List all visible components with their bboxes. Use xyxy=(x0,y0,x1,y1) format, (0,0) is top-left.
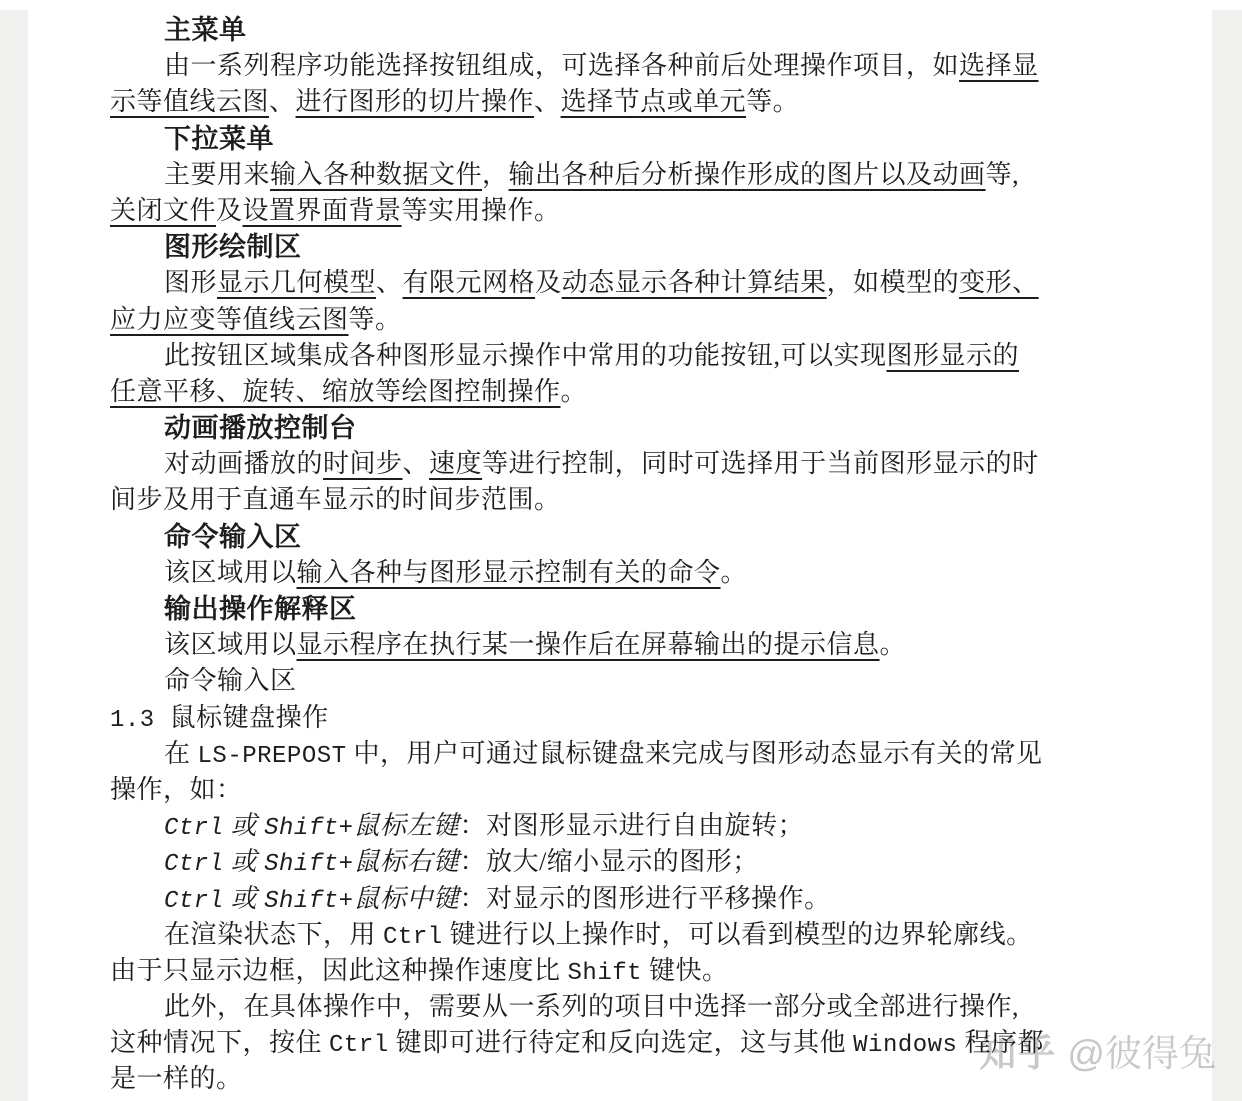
text-line: 在渲染状态下，用 Ctrl 键进行以上操作时，可以看到模型的边界轮廓线。 xyxy=(110,917,1120,953)
text-line: 此按钮区域集成各种图形显示操作中常用的功能按钮,可以实现图形显示的 xyxy=(110,338,1120,374)
text-line: 这种情况下，按住 Ctrl 键即可进行待定和反向选定，这与其他 Windows … xyxy=(110,1025,1120,1061)
text-segment: ：对图形显示进行自由旋转； xyxy=(460,811,805,840)
text-line: 下拉菜单 xyxy=(110,121,1120,157)
text-segment: 键进行以上操作时，可以看到模型的边界轮廓线。 xyxy=(443,920,1033,949)
text-segment: Shift xyxy=(568,960,643,987)
underlined-term: 选择显 xyxy=(959,51,1039,80)
text-segment: 等, xyxy=(986,160,1020,189)
text-line: 在 LS-PREPOST 中，用户可通过鼠标键盘来完成与图形动态显示有关的常见 xyxy=(110,736,1120,772)
watermark-brand: 知乎 xyxy=(979,1033,1057,1074)
text-line: 该区域用以显示程序在执行某一操作后在屏幕输出的提示信息。 xyxy=(110,627,1120,663)
heading-text: 动画播放控制台 xyxy=(164,413,357,443)
underlined-term: 应力应变等值线云图 xyxy=(110,305,349,334)
underlined-term: 设置界面背景 xyxy=(243,196,402,225)
text-segment: ：对显示的图形进行平移操作。 xyxy=(460,884,831,913)
underlined-term: 动态显示各种计算结果 xyxy=(562,268,827,297)
text-line: 命令输入区 xyxy=(110,663,1120,699)
underlined-term: 显示几何模型 xyxy=(217,268,376,297)
text-segment: 等实用操作。 xyxy=(402,196,561,225)
underlined-term: 变形、 xyxy=(959,268,1039,297)
text-segment: 主要用来 xyxy=(164,160,270,189)
text-segment: ，如模型的 xyxy=(827,268,960,297)
text-segment: ：放大/缩小显示的图形； xyxy=(460,847,759,876)
text-line: 对动画播放的时间步、速度等进行控制，同时可选择用于当前图形显示的时 xyxy=(110,446,1120,482)
text-segment: 这种情况下，按住 xyxy=(110,1028,329,1057)
watermark: 知乎 @彼得兔 xyxy=(979,1032,1216,1076)
text-segment: 此按钮区域集成各种图形显示操作中常用的功能按钮,可以实现 xyxy=(164,341,887,370)
text-line: Ctrl 或 Shift+鼠标右键：放大/缩小显示的图形； xyxy=(110,844,1120,880)
text-line: 操作，如： xyxy=(110,772,1120,808)
text-segment: 鼠标右键 xyxy=(354,847,460,876)
text-line: 主要用来输入各种数据文件，输出各种后分析操作形成的图片以及动画等, xyxy=(110,157,1120,193)
heading-text: 输出操作解释区 xyxy=(164,594,357,624)
underlined-term: 示等值线云图 xyxy=(110,87,269,116)
text-line: 图形绘制区 xyxy=(110,229,1120,265)
text-line: 任意平移、旋转、缩放等绘图控制操作。 xyxy=(110,374,1120,410)
text-line: 是一样的。 xyxy=(110,1061,1120,1097)
text-line: 主菜单 xyxy=(110,12,1120,48)
text-line: 图形显示几何模型、有限元网格及动态显示各种计算结果，如模型的变形、 xyxy=(110,265,1120,301)
watermark-handle: @彼得兔 xyxy=(1057,1033,1216,1074)
text-segment: Ctrl xyxy=(383,924,443,951)
text-segment: 。 xyxy=(721,558,748,587)
document-body: 主菜单由一系列程序功能选择按钮组成，可选择各种前后处理操作项目，如选择显示等值线… xyxy=(110,12,1120,1098)
text-line: 该区域用以输入各种与图形显示控制有关的命令。 xyxy=(110,555,1120,591)
text-segment: Ctrl xyxy=(164,851,224,878)
text-segment: Ctrl xyxy=(329,1032,389,1059)
text-segment: 操作，如： xyxy=(110,775,243,804)
text-segment: 。 xyxy=(880,630,907,659)
text-segment: 鼠标中键 xyxy=(354,884,460,913)
text-segment: 等进行控制，同时可选择用于当前图形显示的时 xyxy=(482,449,1039,478)
heading-text: 图形绘制区 xyxy=(164,232,302,262)
text-segment: Windows xyxy=(853,1032,957,1059)
text-segment: 、 xyxy=(269,87,296,116)
text-segment: 鼠标左键 xyxy=(354,811,460,840)
text-segment: 键快。 xyxy=(642,956,729,985)
text-segment: 由一系列程序功能选择按钮组成，可选择各种前后处理操作项目，如 xyxy=(164,51,959,80)
text-segment: 鼠标键盘操作 xyxy=(170,703,329,732)
text-segment: Shift+ xyxy=(264,815,353,842)
underlined-term: 输入各种与图形显示控制有关的命令 xyxy=(297,558,721,587)
document-page: 主菜单由一系列程序功能选择按钮组成，可选择各种前后处理操作项目，如选择显示等值线… xyxy=(0,0,1242,1101)
text-line: 此外，在具体操作中，需要从一系列的项目中选择一部分或全部进行操作, xyxy=(110,989,1120,1025)
underlined-term: 进行图形的切片操作 xyxy=(296,87,535,116)
text-segment: 及 xyxy=(216,196,243,225)
text-segment: 或 xyxy=(224,884,265,913)
underlined-term: 关闭文件 xyxy=(110,196,216,225)
text-line: 应力应变等值线云图等。 xyxy=(110,302,1120,338)
text-line: 命令输入区 xyxy=(110,519,1120,555)
text-segment: 由于只显示边框，因此这种操作速度比 xyxy=(110,956,568,985)
text-segment: 、 xyxy=(376,268,403,297)
text-segment: 、 xyxy=(403,449,430,478)
text-line: 示等值线云图、进行图形的切片操作、选择节点或单元等。 xyxy=(110,84,1120,120)
text-line: 1.3 鼠标键盘操作 xyxy=(110,700,1120,736)
text-segment: 该区域用以 xyxy=(164,630,297,659)
underlined-term: 速度 xyxy=(429,449,482,478)
underlined-term: 时间步 xyxy=(323,449,403,478)
text-segment: 在渲染状态下，用 xyxy=(164,920,383,949)
text-segment: 键即可进行待定和反向选定，这与其他 xyxy=(389,1028,854,1057)
text-line: 输出操作解释区 xyxy=(110,591,1120,627)
text-segment: 在 xyxy=(164,739,198,768)
text-segment: 等。 xyxy=(746,87,799,116)
text-segment: Ctrl xyxy=(164,815,224,842)
text-segment: Shift+ xyxy=(264,851,353,878)
underlined-term: 有限元网格 xyxy=(403,268,536,297)
text-line: 由一系列程序功能选择按钮组成，可选择各种前后处理操作项目，如选择显 xyxy=(110,48,1120,84)
text-line: Ctrl 或 Shift+鼠标中键：对显示的图形进行平移操作。 xyxy=(110,881,1120,917)
text-segment: 间步及用于直通车显示的时间步范围。 xyxy=(110,485,561,514)
text-line: 关闭文件及设置界面背景等实用操作。 xyxy=(110,193,1120,229)
text-segment: 命令输入区 xyxy=(164,666,297,695)
text-segment: Shift+ xyxy=(264,888,353,915)
text-line: Ctrl 或 Shift+鼠标左键：对图形显示进行自由旋转； xyxy=(110,808,1120,844)
text-segment: 此外，在具体操作中，需要从一系列的项目中选择一部分或全部进行操作, xyxy=(164,992,1019,1021)
underlined-term: 输出各种后分析操作形成的图片以及动画 xyxy=(509,160,986,189)
text-segment: 或 xyxy=(224,811,265,840)
text-segment: 等。 xyxy=(349,305,402,334)
text-segment: 中，用户可通过鼠标键盘来完成与图形动态显示有关的常见 xyxy=(347,739,1043,768)
underlined-term: 图形显示的 xyxy=(887,341,1020,370)
text-segment: 、 xyxy=(534,87,561,116)
text-line: 间步及用于直通车显示的时间步范围。 xyxy=(110,482,1120,518)
text-segment: 及 xyxy=(535,268,562,297)
text-segment: ， xyxy=(482,160,509,189)
underlined-term: 输入各种数据文件 xyxy=(270,160,482,189)
left-page-margin xyxy=(0,10,28,1101)
heading-text: 下拉菜单 xyxy=(164,124,274,154)
underlined-term: 显示程序在执行某一操作后在屏幕输出的提示信息 xyxy=(297,630,880,659)
text-segment: LS-PREPOST xyxy=(198,743,347,770)
text-segment: 。 xyxy=(561,377,588,406)
text-line: 动画播放控制台 xyxy=(110,410,1120,446)
text-segment: 图形 xyxy=(164,268,217,297)
text-line: 由于只显示边框，因此这种操作速度比 Shift 键快。 xyxy=(110,953,1120,989)
text-segment: 该区域用以 xyxy=(164,558,297,587)
text-segment: 1.3 xyxy=(110,707,170,734)
heading-text: 命令输入区 xyxy=(164,522,302,552)
heading-text: 主菜单 xyxy=(164,15,247,45)
text-segment: 是一样的。 xyxy=(110,1064,243,1093)
underlined-term: 选择节点或单元 xyxy=(561,87,747,116)
right-page-margin xyxy=(1212,10,1242,1101)
underlined-term: 任意平移、旋转、缩放等绘图控制操作 xyxy=(110,377,561,406)
text-segment: 对动画播放的 xyxy=(164,449,323,478)
text-segment: Ctrl xyxy=(164,888,224,915)
text-segment: 或 xyxy=(224,847,265,876)
